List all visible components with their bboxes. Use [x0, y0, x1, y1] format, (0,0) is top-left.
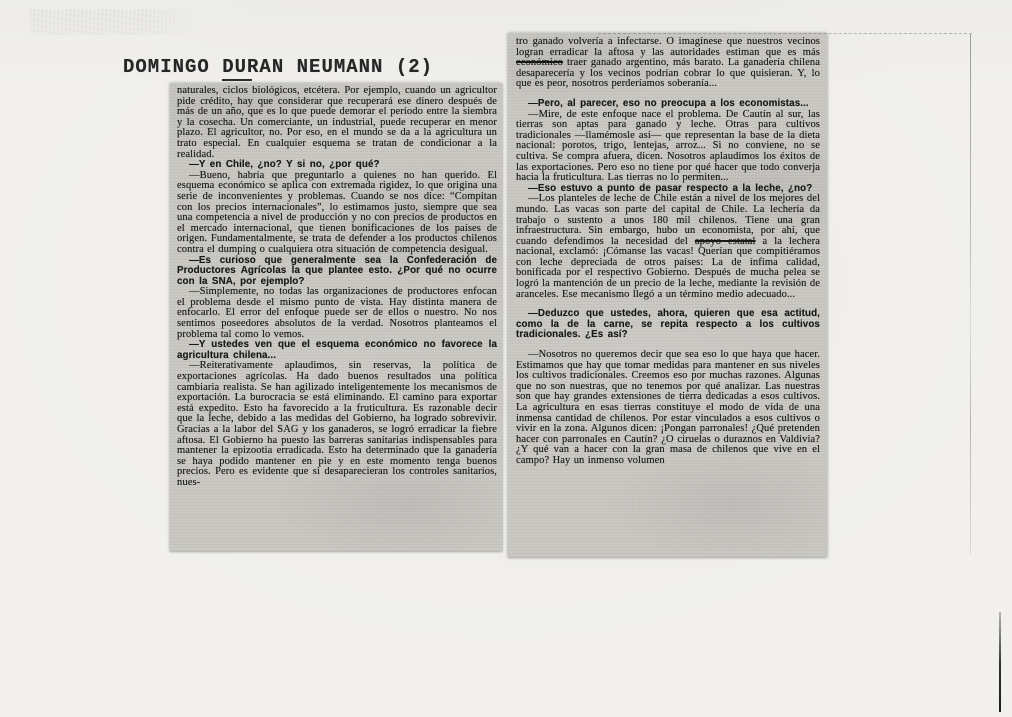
handwriting-smudge: [30, 9, 200, 35]
paragraph-question: —Pero, al parecer, eso no preocupa a los…: [516, 99, 820, 110]
page-edge-vertical-line: [970, 34, 971, 554]
title-part-underlined: DURAN: [222, 56, 284, 78]
page-edge-horizontal-line: [598, 33, 972, 34]
paragraph-continuation: tro ganado volvería a infectarse. O imag…: [516, 37, 820, 90]
page-title: DOMINGO DURAN NEUMANN (2): [123, 56, 433, 78]
clipping-right-column: tro ganado volvería a infectarse. O imag…: [508, 33, 827, 557]
scanned-newspaper-page: { "caption": { "part1": "DOMINGO ", "par…: [0, 0, 1012, 717]
paragraph-answer: —Los planteles de leche de Chile están a…: [516, 194, 820, 300]
paragraph-continuation: naturales, ciclos biológicos, etcétera. …: [177, 86, 497, 160]
paragraph-answer: —Bueno, habría que preguntarlo a quienes…: [177, 171, 497, 256]
underline-stroke: [222, 79, 252, 81]
paragraph-answer: —Simplemente, no todas las organizacione…: [177, 287, 497, 340]
clipping-left-column: naturales, ciclos biológicos, etcétera. …: [170, 83, 502, 551]
scan-edge-mark: [999, 612, 1001, 712]
paragraph-answer: —Mire, de este enfoque nace el problema.…: [516, 110, 820, 184]
paragraph-question: —Es curioso que generalmente sea la Conf…: [177, 256, 497, 288]
paragraph-question: —Y ustedes ven que el esquema económico …: [177, 340, 497, 361]
paragraph-question: —Deduzco que ustedes, ahora, quieren que…: [516, 309, 820, 341]
title-part-3: NEUMANN (2): [284, 56, 433, 78]
paragraph-answer: —Reiterativamente aplaudimos, sin reserv…: [177, 361, 497, 488]
title-part-1: DOMINGO: [123, 56, 222, 78]
paragraph-answer: —Nosotros no queremos decir que sea eso …: [516, 350, 820, 467]
